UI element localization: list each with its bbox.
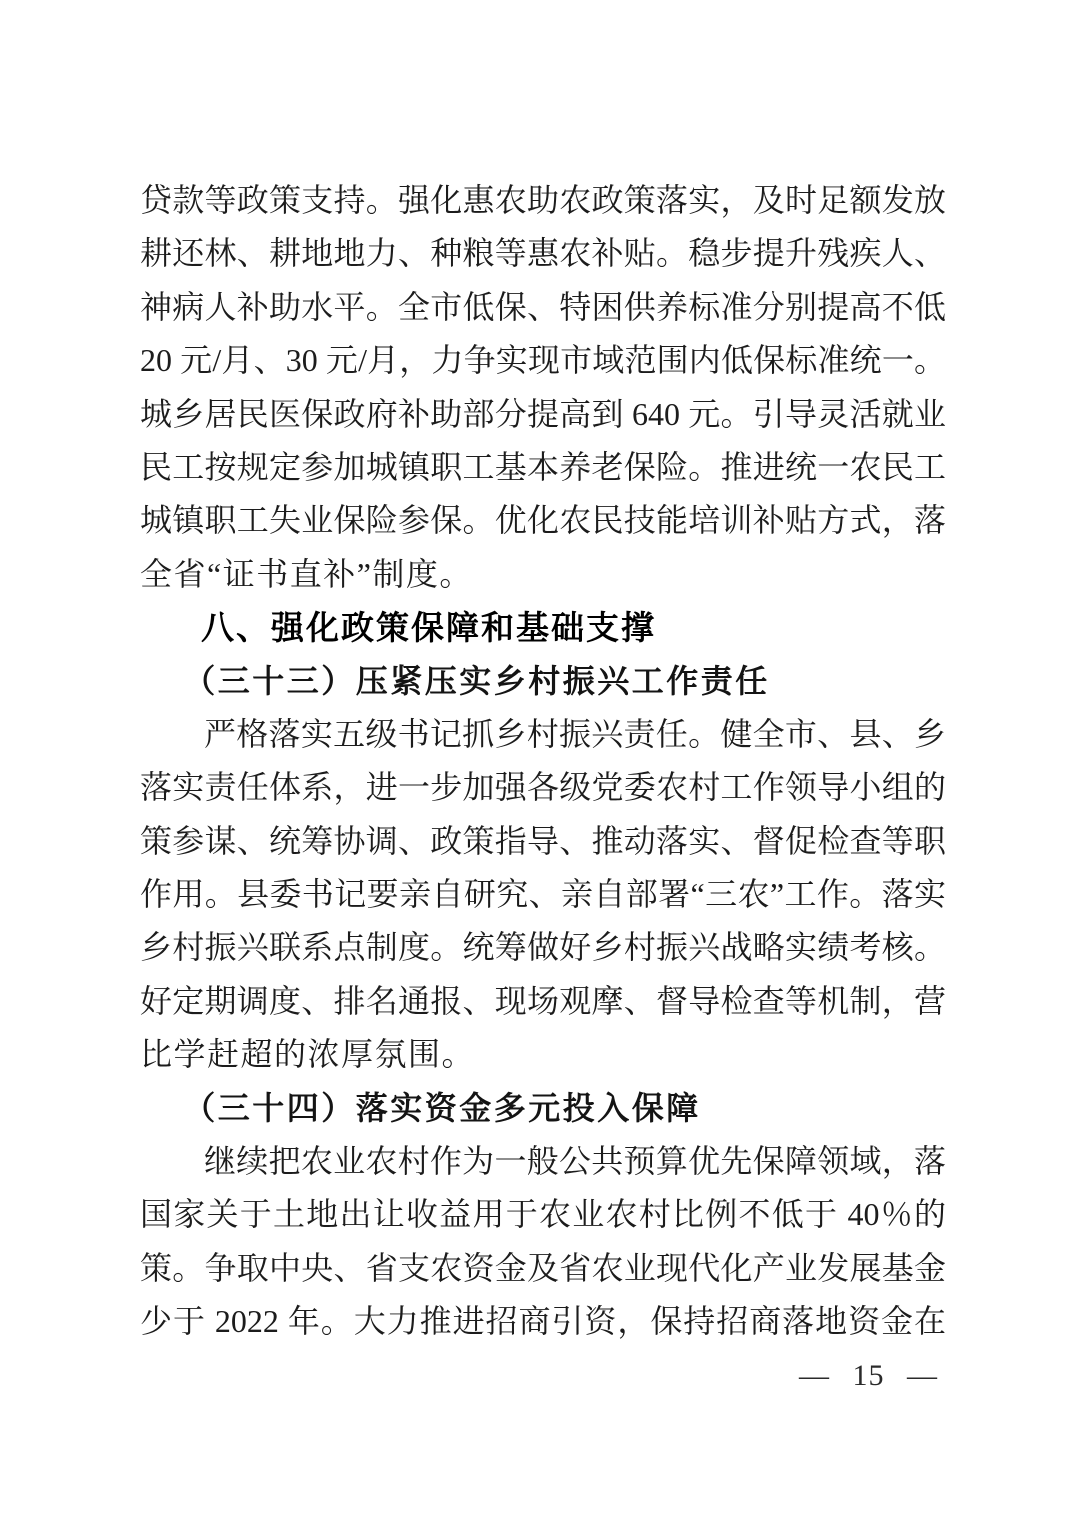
paragraph-line: 全省“证书直补”制度。: [140, 548, 946, 601]
paragraph-line: 耕还林、耕地地力、种粮等惠农补贴。稳步提升残疾人、精: [140, 227, 946, 280]
page-footer: — 15 —: [799, 1356, 938, 1396]
paragraph-line: 民工按规定参加城镇职工基本养老保险。推进统一农民工与: [140, 441, 946, 494]
content-area: 贷款等政策支持。强化惠农助农政策落实，及时足额发放退 耕还林、耕地地力、种粮等惠…: [140, 174, 946, 1349]
paragraph-line: 20 元/月、30 元/月，力争实现市域范围内低保标准统一。: [140, 334, 946, 387]
paragraph-line: 比学赶超的浓厚氛围。: [140, 1028, 946, 1081]
subsection-heading-34: （三十四）落实资金多元投入保障: [140, 1082, 946, 1135]
paragraph-line: 落实责任体系，进一步加强各级党委农村工作领导小组的决: [140, 761, 946, 814]
section-heading: 八、强化政策保障和基础支撑: [140, 601, 946, 654]
paragraph-line: 继续把农业农村作为一般公共预算优先保障领域，落实: [140, 1135, 946, 1188]
paragraph-line: 策参谋、统筹协调、政策指导、推动落实、督促检查等职能: [140, 815, 946, 868]
paragraph-line: 神病人补助水平。全市低保、特困供养标准分别提高不低于: [140, 281, 946, 334]
paragraph-line: 城镇职工失业保险参保。优化农民技能培训补贴方式，落实: [140, 494, 946, 547]
paragraph-line: 好定期调度、排名通报、现场观摩、督导检查等机制，营造: [140, 975, 946, 1028]
subsection-heading-33: （三十三）压紧压实乡村振兴工作责任: [140, 655, 946, 708]
paragraph-line: 作用。县委书记要亲自研究、亲自部署“三农”工作。落实: [140, 868, 946, 921]
document-page: 贷款等政策支持。强化惠农助农政策落实，及时足额发放退 耕还林、耕地地力、种粮等惠…: [0, 0, 1080, 1528]
paragraph-line: 严格落实五级书记抓乡村振兴责任。健全市、县、乡抓: [140, 708, 946, 761]
paragraph-line: 少于 2022 年。大力推进招商引资，保持招商落地资金在全: [140, 1295, 946, 1348]
paragraph-line: 贷款等政策支持。强化惠农助农政策落实，及时足额发放退: [140, 174, 946, 227]
paragraph-line: 策。争取中央、省支农资金及省农业现代化产业发展基金不: [140, 1242, 946, 1295]
paragraph-line: 乡村振兴联系点制度。统筹做好乡村振兴战略实绩考核。用: [140, 921, 946, 974]
paragraph-line: 国家关于土地出让收益用于农业农村比例不低于 40％的政: [140, 1188, 946, 1241]
page-number: — 15 —: [799, 1359, 938, 1392]
paragraph-line: 城乡居民医保政府补助部分提高到 640 元。引导灵活就业农: [140, 388, 946, 441]
